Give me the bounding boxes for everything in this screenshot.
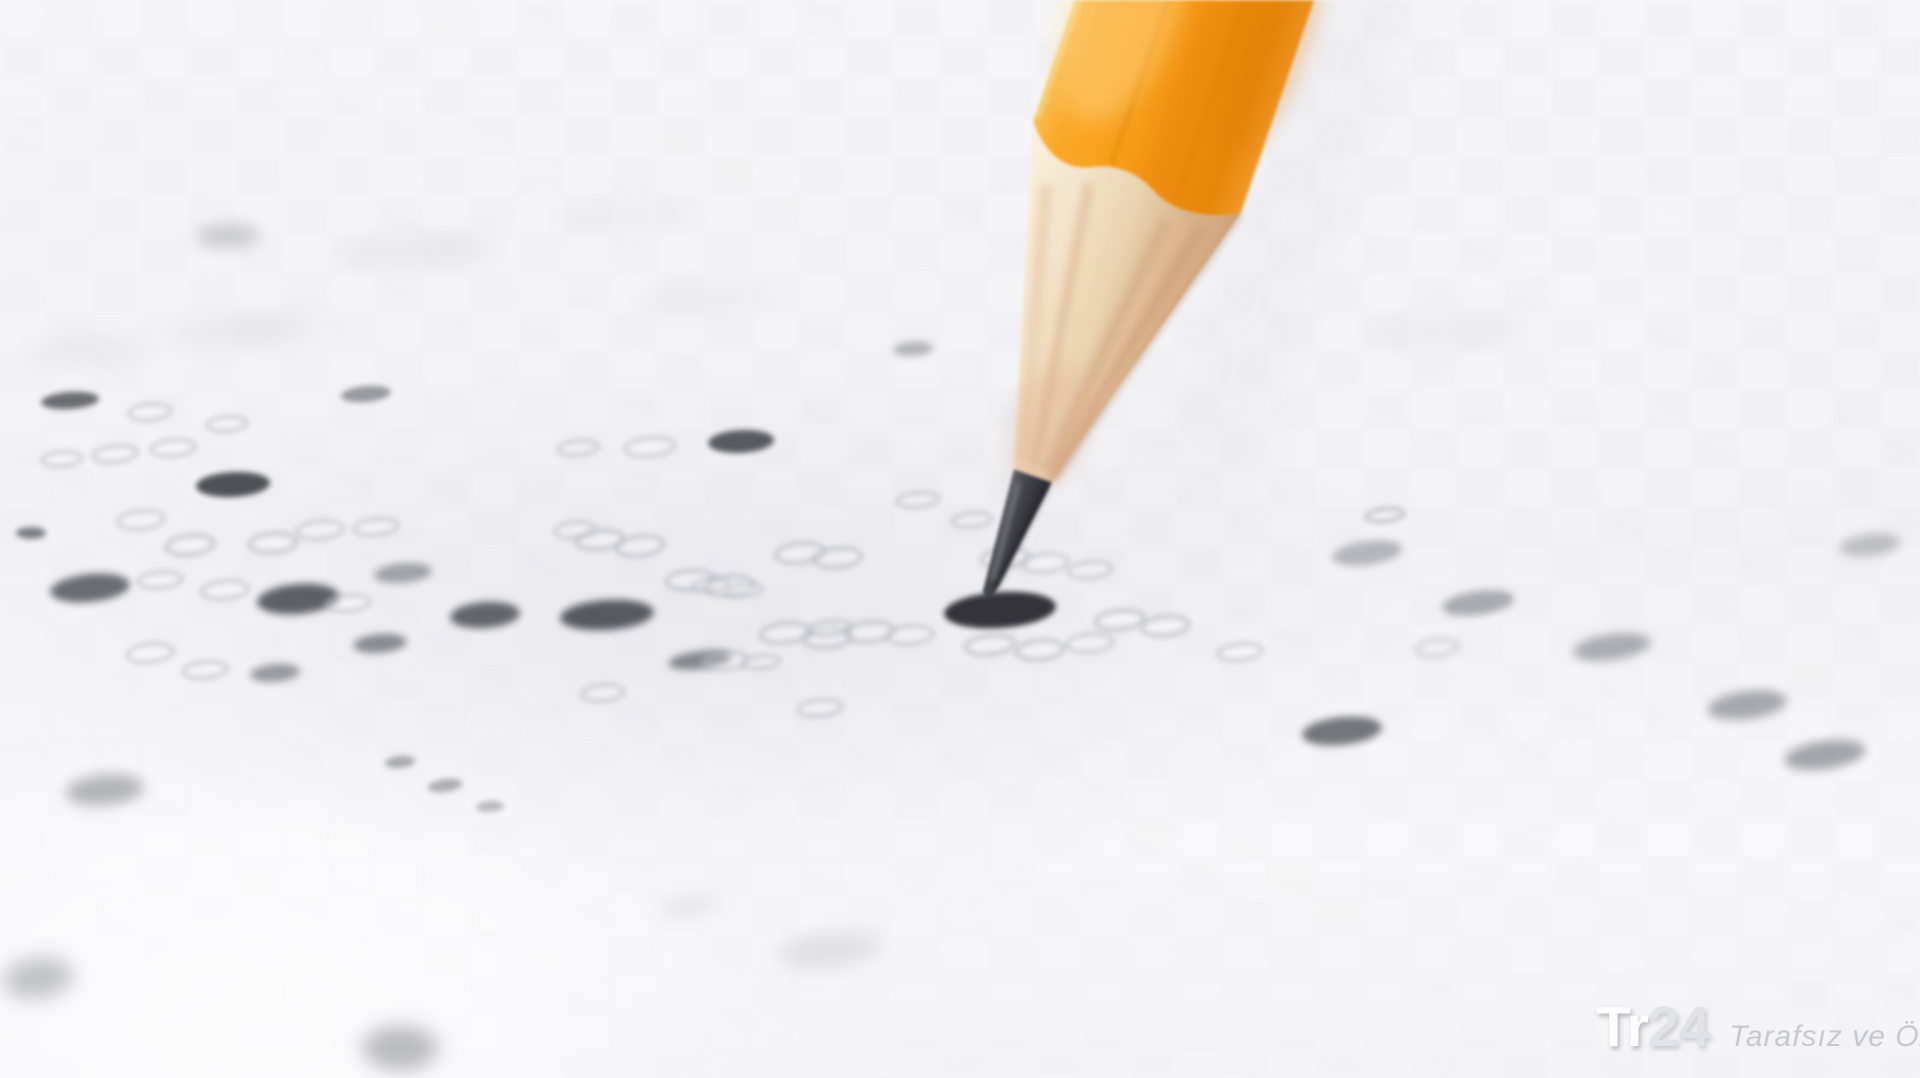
pencil-graphite-tip xyxy=(971,469,1052,606)
watermark-brand-number: 24 xyxy=(1648,994,1709,1060)
pencil xyxy=(0,0,1920,1078)
photo-answer-sheet-scene: Tr 24 Tarafsız ve Özgür xyxy=(0,0,1920,1078)
watermark-tagline: Tarafsız ve Özgür xyxy=(1729,1020,1920,1054)
watermark: Tr 24 Tarafsız ve Özgür xyxy=(1596,994,1920,1060)
watermark-brand-text: Tr xyxy=(1596,994,1648,1060)
